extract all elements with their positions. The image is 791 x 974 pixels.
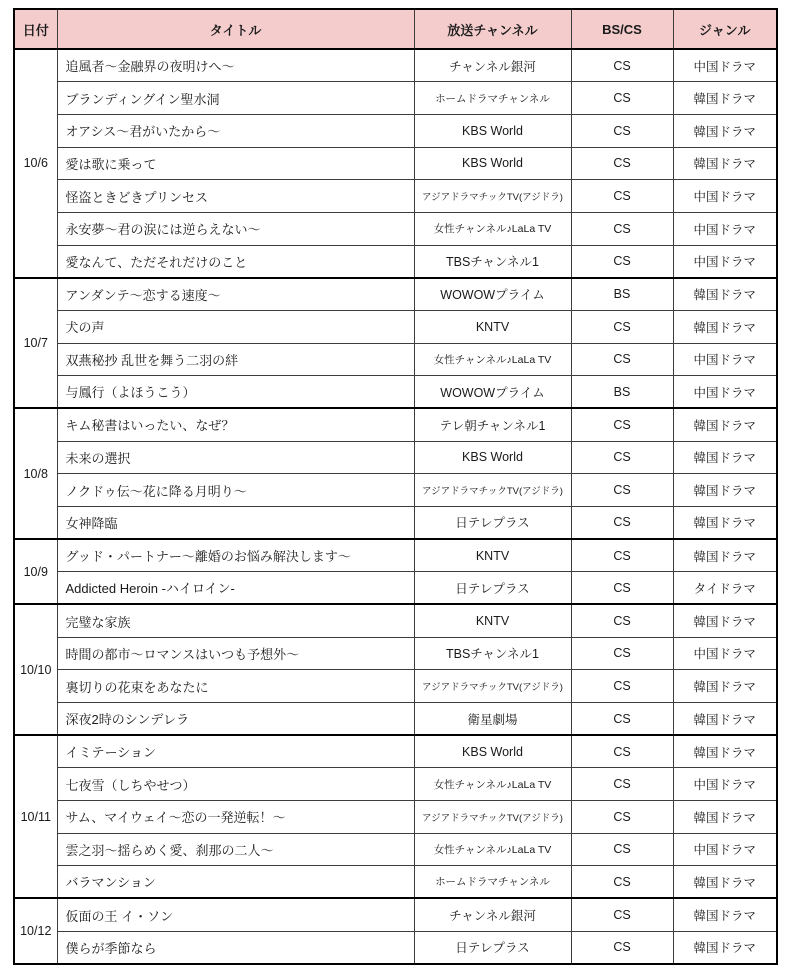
col-header-date: 日付 xyxy=(14,9,57,49)
bscs-cell: CS xyxy=(571,408,673,441)
table-row: 10/6追風者～金融界の夜明けへ～チャンネル銀河CS中国ドラマ xyxy=(14,49,777,82)
channel-cell: チャンネル銀河 xyxy=(414,49,571,82)
channel-cell: KNTV xyxy=(414,310,571,343)
genre-cell: 韓国ドラマ xyxy=(673,670,777,703)
channel-cell: 女性チャンネル♪LaLa TV xyxy=(414,212,571,245)
title-cell: アンダンテ～恋する速度～ xyxy=(57,278,414,311)
genre-cell: 韓国ドラマ xyxy=(673,474,777,507)
bscs-cell: CS xyxy=(571,180,673,213)
title-cell: 与鳳行（よほうこう） xyxy=(57,376,414,409)
table-row: バラマンションホームドラマチャンネルCS韓国ドラマ xyxy=(14,866,777,899)
header-row: 日付 タイトル 放送チャンネル BS/CS ジャンル xyxy=(14,9,777,49)
channel-cell: KBS World xyxy=(414,114,571,147)
bscs-cell: CS xyxy=(571,833,673,866)
genre-cell: 韓国ドラマ xyxy=(673,441,777,474)
channel-cell: アジアドラマチックTV(アジドラ) xyxy=(414,474,571,507)
table-row: 双燕秘抄 乱世を舞う二羽の絆女性チャンネル♪LaLa TVCS中国ドラマ xyxy=(14,343,777,376)
table-row: 10/10完璧な家族KNTVCS韓国ドラマ xyxy=(14,604,777,637)
title-cell: キム秘書はいったい、なぜ？ xyxy=(57,408,414,441)
title-cell: 深夜2時のシンデレラ xyxy=(57,702,414,735)
genre-cell: タイドラマ xyxy=(673,572,777,605)
bscs-cell: CS xyxy=(571,245,673,278)
title-cell: 追風者～金融界の夜明けへ～ xyxy=(57,49,414,82)
title-cell: 未来の選択 xyxy=(57,441,414,474)
table-row: サム、マイウェイ～恋の一発逆転！～アジアドラマチックTV(アジドラ)CS韓国ドラ… xyxy=(14,800,777,833)
drama-schedule-table: 日付 タイトル 放送チャンネル BS/CS ジャンル 10/6追風者～金融界の夜… xyxy=(13,8,778,965)
table-row: 僕らが季節なら日テレプラスCS韓国ドラマ xyxy=(14,931,777,964)
table-row: ブランディングイン聖水洞ホームドラマチャンネルCS韓国ドラマ xyxy=(14,82,777,115)
genre-cell: 中国ドラマ xyxy=(673,637,777,670)
table-row: Addicted Heroin -ハイロイン-日テレプラスCSタイドラマ xyxy=(14,572,777,605)
table-row: 10/8キム秘書はいったい、なぜ？テレ朝チャンネル1CS韓国ドラマ xyxy=(14,408,777,441)
genre-cell: 中国ドラマ xyxy=(673,833,777,866)
channel-cell: 日テレプラス xyxy=(414,506,571,539)
bscs-cell: BS xyxy=(571,376,673,409)
table-row: 裏切りの花束をあなたにアジアドラマチックTV(アジドラ)CS韓国ドラマ xyxy=(14,670,777,703)
title-cell: 女神降臨 xyxy=(57,506,414,539)
table-row: 女神降臨日テレプラスCS韓国ドラマ xyxy=(14,506,777,539)
title-cell: 仮面の王 イ・ソン xyxy=(57,898,414,931)
table-row: 10/9グッド・パートナー～離婚のお悩み解決します～KNTVCS韓国ドラマ xyxy=(14,539,777,572)
channel-cell: ホームドラマチャンネル xyxy=(414,866,571,899)
genre-cell: 韓国ドラマ xyxy=(673,931,777,964)
genre-cell: 韓国ドラマ xyxy=(673,800,777,833)
title-cell: オアシス～君がいたから～ xyxy=(57,114,414,147)
title-cell: ノクドゥ伝～花に降る月明り～ xyxy=(57,474,414,507)
bscs-cell: CS xyxy=(571,898,673,931)
genre-cell: 中国ドラマ xyxy=(673,180,777,213)
bscs-cell: CS xyxy=(571,147,673,180)
channel-cell: WOWOWプライム xyxy=(414,278,571,311)
title-cell: グッド・パートナー～離婚のお悩み解決します～ xyxy=(57,539,414,572)
bscs-cell: CS xyxy=(571,441,673,474)
title-cell: 時間の都市～ロマンスはいつも予想外～ xyxy=(57,637,414,670)
col-header-channel: 放送チャンネル xyxy=(414,9,571,49)
bscs-cell: CS xyxy=(571,474,673,507)
channel-cell: TBSチャンネル1 xyxy=(414,637,571,670)
bscs-cell: CS xyxy=(571,800,673,833)
genre-cell: 韓国ドラマ xyxy=(673,114,777,147)
table-row: 怪盗ときどきプリンセスアジアドラマチックTV(アジドラ)CS中国ドラマ xyxy=(14,180,777,213)
bscs-cell: CS xyxy=(571,637,673,670)
date-cell: 10/12 xyxy=(14,898,57,963)
table-body: 10/6追風者～金融界の夜明けへ～チャンネル銀河CS中国ドラマブランディングイン… xyxy=(14,49,777,964)
genre-cell: 韓国ドラマ xyxy=(673,735,777,768)
channel-cell: 日テレプラス xyxy=(414,931,571,964)
channel-cell: TBSチャンネル1 xyxy=(414,245,571,278)
channel-cell: WOWOWプライム xyxy=(414,376,571,409)
title-cell: 七夜雪（しちやせつ） xyxy=(57,768,414,801)
title-cell: 僕らが季節なら xyxy=(57,931,414,964)
channel-cell: KBS World xyxy=(414,735,571,768)
channel-cell: アジアドラマチックTV(アジドラ) xyxy=(414,180,571,213)
bscs-cell: CS xyxy=(571,670,673,703)
table-row: 犬の声KNTVCS韓国ドラマ xyxy=(14,310,777,343)
date-cell: 10/11 xyxy=(14,735,57,898)
bscs-cell: CS xyxy=(571,604,673,637)
date-cell: 10/9 xyxy=(14,539,57,604)
bscs-cell: CS xyxy=(571,735,673,768)
table-row: 10/12仮面の王 イ・ソンチャンネル銀河CS韓国ドラマ xyxy=(14,898,777,931)
title-cell: サム、マイウェイ～恋の一発逆転！～ xyxy=(57,800,414,833)
title-cell: 雲之羽～揺らめく愛、刹那の二人～ xyxy=(57,833,414,866)
channel-cell: KBS World xyxy=(414,147,571,180)
title-cell: 愛は歌に乗って xyxy=(57,147,414,180)
col-header-bscs: BS/CS xyxy=(571,9,673,49)
genre-cell: 中国ドラマ xyxy=(673,376,777,409)
genre-cell: 中国ドラマ xyxy=(673,212,777,245)
date-cell: 10/10 xyxy=(14,604,57,735)
table-row: ノクドゥ伝～花に降る月明り～アジアドラマチックTV(アジドラ)CS韓国ドラマ xyxy=(14,474,777,507)
genre-cell: 中国ドラマ xyxy=(673,768,777,801)
date-cell: 10/6 xyxy=(14,49,57,278)
channel-cell: 女性チャンネル♪LaLa TV xyxy=(414,768,571,801)
bscs-cell: CS xyxy=(571,702,673,735)
genre-cell: 韓国ドラマ xyxy=(673,506,777,539)
channel-cell: テレ朝チャンネル1 xyxy=(414,408,571,441)
bscs-cell: CS xyxy=(571,931,673,964)
title-cell: 完璧な家族 xyxy=(57,604,414,637)
channel-cell: アジアドラマチックTV(アジドラ) xyxy=(414,670,571,703)
title-cell: 永安夢～君の涙には逆らえない～ xyxy=(57,212,414,245)
genre-cell: 韓国ドラマ xyxy=(673,898,777,931)
genre-cell: 韓国ドラマ xyxy=(673,702,777,735)
genre-cell: 中国ドラマ xyxy=(673,245,777,278)
bscs-cell: CS xyxy=(571,310,673,343)
bscs-cell: CS xyxy=(571,82,673,115)
channel-cell: 女性チャンネル♪LaLa TV xyxy=(414,343,571,376)
genre-cell: 韓国ドラマ xyxy=(673,82,777,115)
genre-cell: 韓国ドラマ xyxy=(673,147,777,180)
table-row: 永安夢～君の涙には逆らえない～女性チャンネル♪LaLa TVCS中国ドラマ xyxy=(14,212,777,245)
bscs-cell: CS xyxy=(571,343,673,376)
date-cell: 10/7 xyxy=(14,278,57,409)
channel-cell: ホームドラマチャンネル xyxy=(414,82,571,115)
col-header-title: タイトル xyxy=(57,9,414,49)
genre-cell: 韓国ドラマ xyxy=(673,539,777,572)
title-cell: ブランディングイン聖水洞 xyxy=(57,82,414,115)
channel-cell: KBS World xyxy=(414,441,571,474)
title-cell: Addicted Heroin -ハイロイン- xyxy=(57,572,414,605)
genre-cell: 韓国ドラマ xyxy=(673,866,777,899)
table-row: 七夜雪（しちやせつ）女性チャンネル♪LaLa TVCS中国ドラマ xyxy=(14,768,777,801)
bscs-cell: CS xyxy=(571,49,673,82)
date-cell: 10/8 xyxy=(14,408,57,539)
title-cell: イミテーション xyxy=(57,735,414,768)
channel-cell: 女性チャンネル♪LaLa TV xyxy=(414,833,571,866)
bscs-cell: CS xyxy=(571,212,673,245)
table-row: 与鳳行（よほうこう）WOWOWプライムBS中国ドラマ xyxy=(14,376,777,409)
channel-cell: チャンネル銀河 xyxy=(414,898,571,931)
bscs-cell: CS xyxy=(571,866,673,899)
page: 日付 タイトル 放送チャンネル BS/CS ジャンル 10/6追風者～金融界の夜… xyxy=(0,0,791,974)
genre-cell: 中国ドラマ xyxy=(673,343,777,376)
bscs-cell: CS xyxy=(571,114,673,147)
col-header-genre: ジャンル xyxy=(673,9,777,49)
table-row: 10/11イミテーションKBS WorldCS韓国ドラマ xyxy=(14,735,777,768)
genre-cell: 中国ドラマ xyxy=(673,49,777,82)
channel-cell: KNTV xyxy=(414,539,571,572)
title-cell: 裏切りの花束をあなたに xyxy=(57,670,414,703)
title-cell: 愛なんて、ただそれだけのこと xyxy=(57,245,414,278)
title-cell: 怪盗ときどきプリンセス xyxy=(57,180,414,213)
bscs-cell: CS xyxy=(571,539,673,572)
bscs-cell: BS xyxy=(571,278,673,311)
bscs-cell: CS xyxy=(571,506,673,539)
channel-cell: アジアドラマチックTV(アジドラ) xyxy=(414,800,571,833)
table-row: 雲之羽～揺らめく愛、刹那の二人～女性チャンネル♪LaLa TVCS中国ドラマ xyxy=(14,833,777,866)
title-cell: バラマンション xyxy=(57,866,414,899)
table-row: 愛なんて、ただそれだけのことTBSチャンネル1CS中国ドラマ xyxy=(14,245,777,278)
genre-cell: 韓国ドラマ xyxy=(673,604,777,637)
table-row: 10/7アンダンテ～恋する速度～WOWOWプライムBS韓国ドラマ xyxy=(14,278,777,311)
bscs-cell: CS xyxy=(571,768,673,801)
genre-cell: 韓国ドラマ xyxy=(673,408,777,441)
table-row: オアシス～君がいたから～KBS WorldCS韓国ドラマ xyxy=(14,114,777,147)
bscs-cell: CS xyxy=(571,572,673,605)
table-row: 深夜2時のシンデレラ衛星劇場CS韓国ドラマ xyxy=(14,702,777,735)
title-cell: 双燕秘抄 乱世を舞う二羽の絆 xyxy=(57,343,414,376)
table-row: 時間の都市～ロマンスはいつも予想外～TBSチャンネル1CS中国ドラマ xyxy=(14,637,777,670)
table-row: 未来の選択KBS WorldCS韓国ドラマ xyxy=(14,441,777,474)
table-row: 愛は歌に乗ってKBS WorldCS韓国ドラマ xyxy=(14,147,777,180)
channel-cell: KNTV xyxy=(414,604,571,637)
genre-cell: 韓国ドラマ xyxy=(673,278,777,311)
channel-cell: 日テレプラス xyxy=(414,572,571,605)
title-cell: 犬の声 xyxy=(57,310,414,343)
channel-cell: 衛星劇場 xyxy=(414,702,571,735)
genre-cell: 韓国ドラマ xyxy=(673,310,777,343)
